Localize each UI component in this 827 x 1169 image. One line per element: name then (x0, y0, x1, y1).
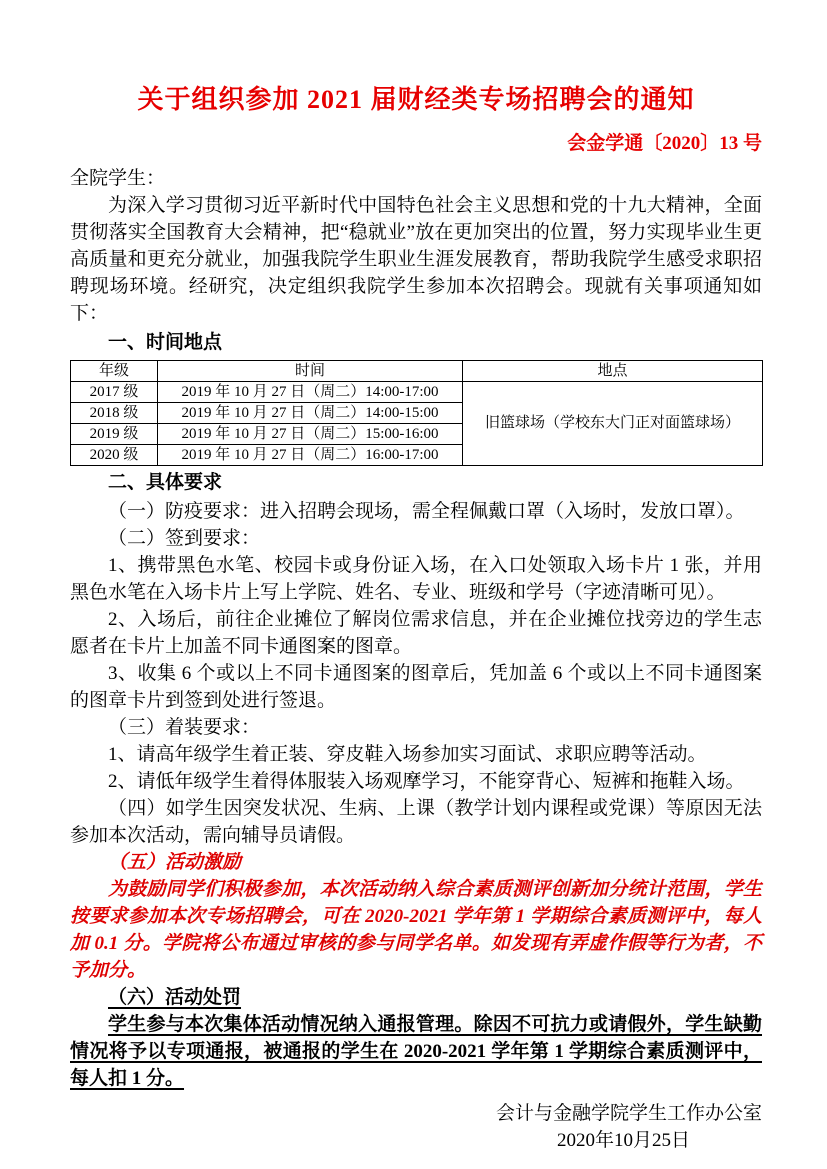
time-cell: 2019 年 10 月 27 日（周二）15:00-16:00 (158, 424, 463, 445)
paragraph-incentive-body: 为鼓励同学们积极参加，本次活动纳入综合素质测评创新加分统计范围，学生按要求参加本… (70, 876, 762, 984)
paragraph-dress-item-2: 2、请低年级学生着得体服装入场观摩学习，不能穿背心、短裤和拖鞋入场。 (70, 768, 762, 795)
col-header-time: 时间 (158, 361, 463, 382)
section1-heading: 一、时间地点 (70, 329, 762, 356)
paragraph-signin-item-2: 2、入场后，前往企业摊位了解岗位需求信息，并在企业摊位找旁边的学生志愿者在卡片上… (70, 606, 762, 660)
notice-document: 关于组织参加 2021 届财经类专场招聘会的通知 会金学通〔2020〕13 号 … (0, 0, 827, 1169)
signature-organization: 会计与金融学院学生工作办公室 (70, 1100, 762, 1127)
intro-paragraph: 为深入学习贯彻习近平新时代中国特色社会主义思想和党的十九大精神，全面贯彻落实全国… (70, 192, 762, 327)
signature-block: 会计与金融学院学生工作办公室 2020年10月25日 (70, 1100, 762, 1154)
location-cell: 旧篮球场（学校东大门正对面篮球场） (463, 382, 763, 466)
page-title: 关于组织参加 2021 届财经类专场招聘会的通知 (70, 84, 762, 116)
paragraph-dress-item-1: 1、请高年级学生着正装、穿皮鞋入场参加实习面试、求职应聘等活动。 (70, 741, 762, 768)
time-cell: 2019 年 10 月 27 日（周二）14:00-17:00 (158, 382, 463, 403)
time-cell: 2019 年 10 月 27 日（周二）14:00-15:00 (158, 403, 463, 424)
signature-date: 2020年10月25日 (70, 1127, 762, 1154)
paragraph-leave-rule: （四）如学生因突发状况、生病、上课（教学计划内课程或党课）等原因无法参加本次活动… (70, 795, 762, 849)
paragraph-signin-item-3: 3、收集 6 个或以上不同卡通图案的图章后，凭加盖 6 个或以上不同卡通图案的图… (70, 660, 762, 714)
paragraph-signin-item-1: 1、携带黑色水笔、校园卡或身份证入场，在入口处领取入场卡片 1 张，并用黑色水笔… (70, 552, 762, 606)
schedule-table: 年级 时间 地点 2017 级 2019 年 10 月 27 日（周二）14:0… (70, 360, 763, 466)
grade-cell: 2019 级 (71, 424, 158, 445)
col-header-location: 地点 (463, 361, 763, 382)
grade-cell: 2017 级 (71, 382, 158, 403)
paragraph-penalty-heading: （六）活动处罚 (70, 984, 762, 1011)
grade-cell: 2018 级 (71, 403, 158, 424)
paragraph-dress-heading: （三）着装要求： (70, 714, 762, 741)
paragraph-penalty-body: 学生参与本次集体活动情况纳入通报管理。除因不可抗力或请假外，学生缺勤情况将予以专… (70, 1011, 762, 1092)
salutation: 全院学生： (70, 165, 762, 192)
section2-heading: 二、具体要求 (70, 469, 762, 496)
doc-number: 会金学通〔2020〕13 号 (70, 130, 762, 157)
time-cell: 2019 年 10 月 27 日（周二）16:00-17:00 (158, 445, 463, 466)
table-header-row: 年级 时间 地点 (71, 361, 763, 382)
paragraph-incentive-heading: （五）活动激励 (70, 849, 762, 876)
paragraph-epidemic-rule: （一）防疫要求：进入招聘会现场，需全程佩戴口罩（入场时，发放口罩）。 (70, 498, 762, 525)
col-header-grade: 年级 (71, 361, 158, 382)
grade-cell: 2020 级 (71, 445, 158, 466)
paragraph-signin-heading: （二）签到要求： (70, 525, 762, 552)
table-row: 2017 级 2019 年 10 月 27 日（周二）14:00-17:00 旧… (71, 382, 763, 403)
